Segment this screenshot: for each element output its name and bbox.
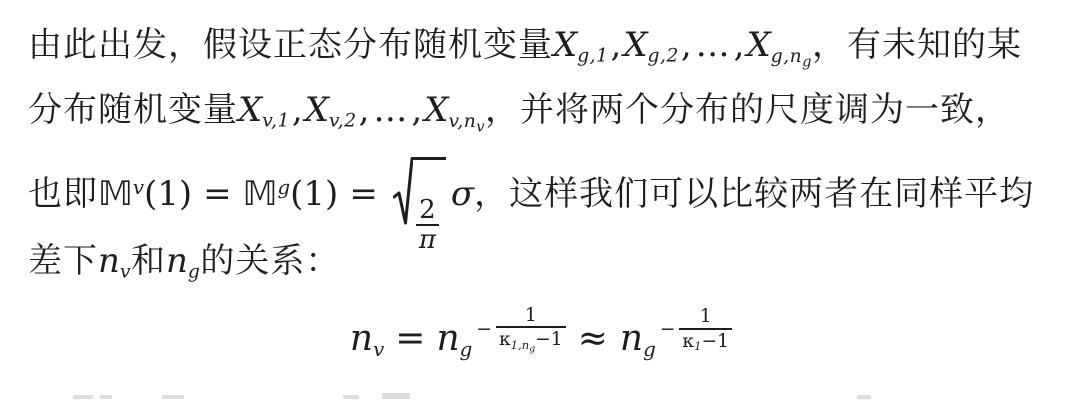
remnant-mark	[343, 395, 359, 399]
paragraph-line-4: 差下nv和ng的关系：	[28, 232, 1054, 290]
fraction-2-over-pi: 2π	[416, 196, 439, 255]
lhs-subscript-v: v	[373, 338, 384, 361]
paragraph-line-3: 也即𝕄v(1)=𝕄g(1)=2πσ，这样我们可以比较两者在同样平均	[28, 144, 1054, 232]
exponent-denominator: κ1−1	[679, 328, 732, 354]
line2-text-a: 分布随机变量	[28, 92, 238, 129]
comma: ,	[411, 90, 422, 130]
double-struck-M: 𝕄	[98, 174, 133, 214]
variable-X: X	[553, 25, 577, 65]
radical-sign-icon	[393, 157, 413, 229]
line4-text-a: 差下	[28, 243, 98, 280]
minus-one: −1	[535, 329, 563, 350]
fraction-denominator: π	[416, 224, 439, 255]
comma: ,	[359, 90, 370, 130]
variable-n-v: nv	[98, 241, 131, 281]
kappa-subscript: 1,ng	[511, 338, 535, 352]
line3-math-sequence: 𝕄v(1)=𝕄g(1)=2πσ	[98, 174, 474, 214]
base-variable-n: n	[620, 318, 643, 359]
radicand: 2π	[411, 157, 446, 255]
variable-X: X	[623, 25, 647, 65]
comma: ,	[681, 25, 692, 65]
line3-text-a: 也即	[28, 176, 98, 213]
line1-text-b: ，有未知的某	[812, 27, 1022, 64]
kappa-symbol: κ	[682, 331, 694, 352]
exponent-numerator: 1	[523, 305, 539, 327]
variable-X: X	[746, 25, 770, 65]
base-subscript-g: g	[643, 338, 656, 361]
subscript-text: v,n	[448, 111, 476, 132]
remnant-mark	[382, 393, 410, 399]
approx-sign: ≈	[578, 318, 608, 359]
ellipsis: …	[373, 90, 407, 130]
line4-text-b: 和	[131, 243, 166, 280]
subscript-text: g,n	[771, 46, 802, 67]
line1-math-sequence: Xg,1,Xg,2,…,Xg,ng	[553, 25, 812, 65]
sigma-symbol: σ	[451, 174, 474, 214]
comma: ,	[292, 90, 303, 130]
exponent-fraction: 1κ1,ng−1	[496, 305, 566, 355]
exponent-1: −1κ1,ng−1	[476, 305, 565, 355]
variable-n-g: ng	[166, 241, 200, 281]
kappa-symbol: κ	[499, 329, 511, 350]
kappa-subscript: 1	[694, 339, 701, 353]
variable-X: X	[238, 90, 262, 130]
minus-one: −1	[702, 331, 730, 352]
superscript-v: v	[133, 176, 144, 199]
subscript: v,1	[262, 111, 290, 132]
subscript: v,2	[329, 111, 357, 132]
subscript: v	[120, 262, 131, 283]
minus-sign: −	[660, 319, 676, 341]
equals-sign: =	[395, 318, 425, 359]
comma: ,	[734, 25, 745, 65]
subscript: v,nv	[448, 111, 485, 132]
minus-sign: −	[476, 319, 492, 341]
ellipsis: …	[696, 25, 730, 65]
comma: ,	[611, 25, 622, 65]
exponent-denominator: κ1,ng−1	[496, 326, 566, 355]
paragraph-line-2: 分布随机变量Xv,1,Xv,2,…,Xv,nv，并将两个分布的尺度调为一致，	[28, 76, 1054, 144]
equals-sign: =	[349, 174, 378, 214]
equals-sign: =	[203, 174, 232, 214]
nested-subscript: v	[476, 118, 485, 135]
remnant-mark	[100, 395, 112, 399]
variable-n: n	[98, 241, 120, 281]
variable-n: n	[166, 241, 188, 281]
base-subscript-g: g	[460, 338, 473, 361]
paragraph-line-1: 由此出发，假设正态分布随机变量Xg,1,Xg,2,…,Xg,ng，有未知的某	[28, 14, 1054, 76]
subscript: g,1	[577, 46, 608, 67]
remnant-mark	[162, 395, 184, 399]
subscript: g	[188, 262, 200, 283]
display-formula: nv=ng−1κ1,ng−1≈ng−1κ1−1	[28, 294, 1054, 384]
base-variable-n: n	[436, 318, 459, 359]
variable-X: X	[424, 90, 448, 130]
exponent-numerator: 1	[698, 306, 714, 328]
line4-text-c: 的关系：	[200, 243, 340, 280]
cutoff-next-line	[0, 390, 1080, 400]
exponent-fraction: 1κ1−1	[679, 306, 732, 353]
square-root: 2π	[393, 157, 446, 255]
document-page: 由此出发，假设正态分布随机变量Xg,1,Xg,2,…,Xg,ng，有未知的某 分…	[0, 0, 1080, 400]
subscript: g,ng	[771, 46, 812, 67]
argument: (1)	[290, 174, 338, 214]
fraction-numerator: 2	[416, 196, 439, 225]
remnant-mark	[73, 395, 93, 399]
nested-subscript: g	[802, 53, 812, 70]
paragraph-block: 由此出发，假设正态分布随机变量Xg,1,Xg,2,…,Xg,ng，有未知的某 分…	[0, 0, 1080, 384]
line3-text-b: ，这样我们可以比较两者在同样平均	[474, 176, 1034, 213]
double-struck-M: 𝕄	[243, 174, 278, 214]
exponent-2: −1κ1−1	[660, 306, 732, 353]
argument: (1)	[144, 174, 192, 214]
subscript: g,2	[648, 46, 679, 67]
remnant-mark	[857, 395, 871, 399]
lhs-variable-n: n	[350, 318, 373, 359]
kappa-subscript-text: 1,n	[511, 338, 530, 352]
line1-text-a: 由此出发，假设正态分布随机变量	[28, 27, 553, 64]
line2-math-sequence: Xv,1,Xv,2,…,Xv,nv	[238, 90, 485, 130]
line2-text-b: ，并将两个分布的尺度调为一致，	[485, 92, 1010, 129]
superscript-g: g	[278, 176, 291, 199]
variable-X: X	[305, 90, 329, 130]
